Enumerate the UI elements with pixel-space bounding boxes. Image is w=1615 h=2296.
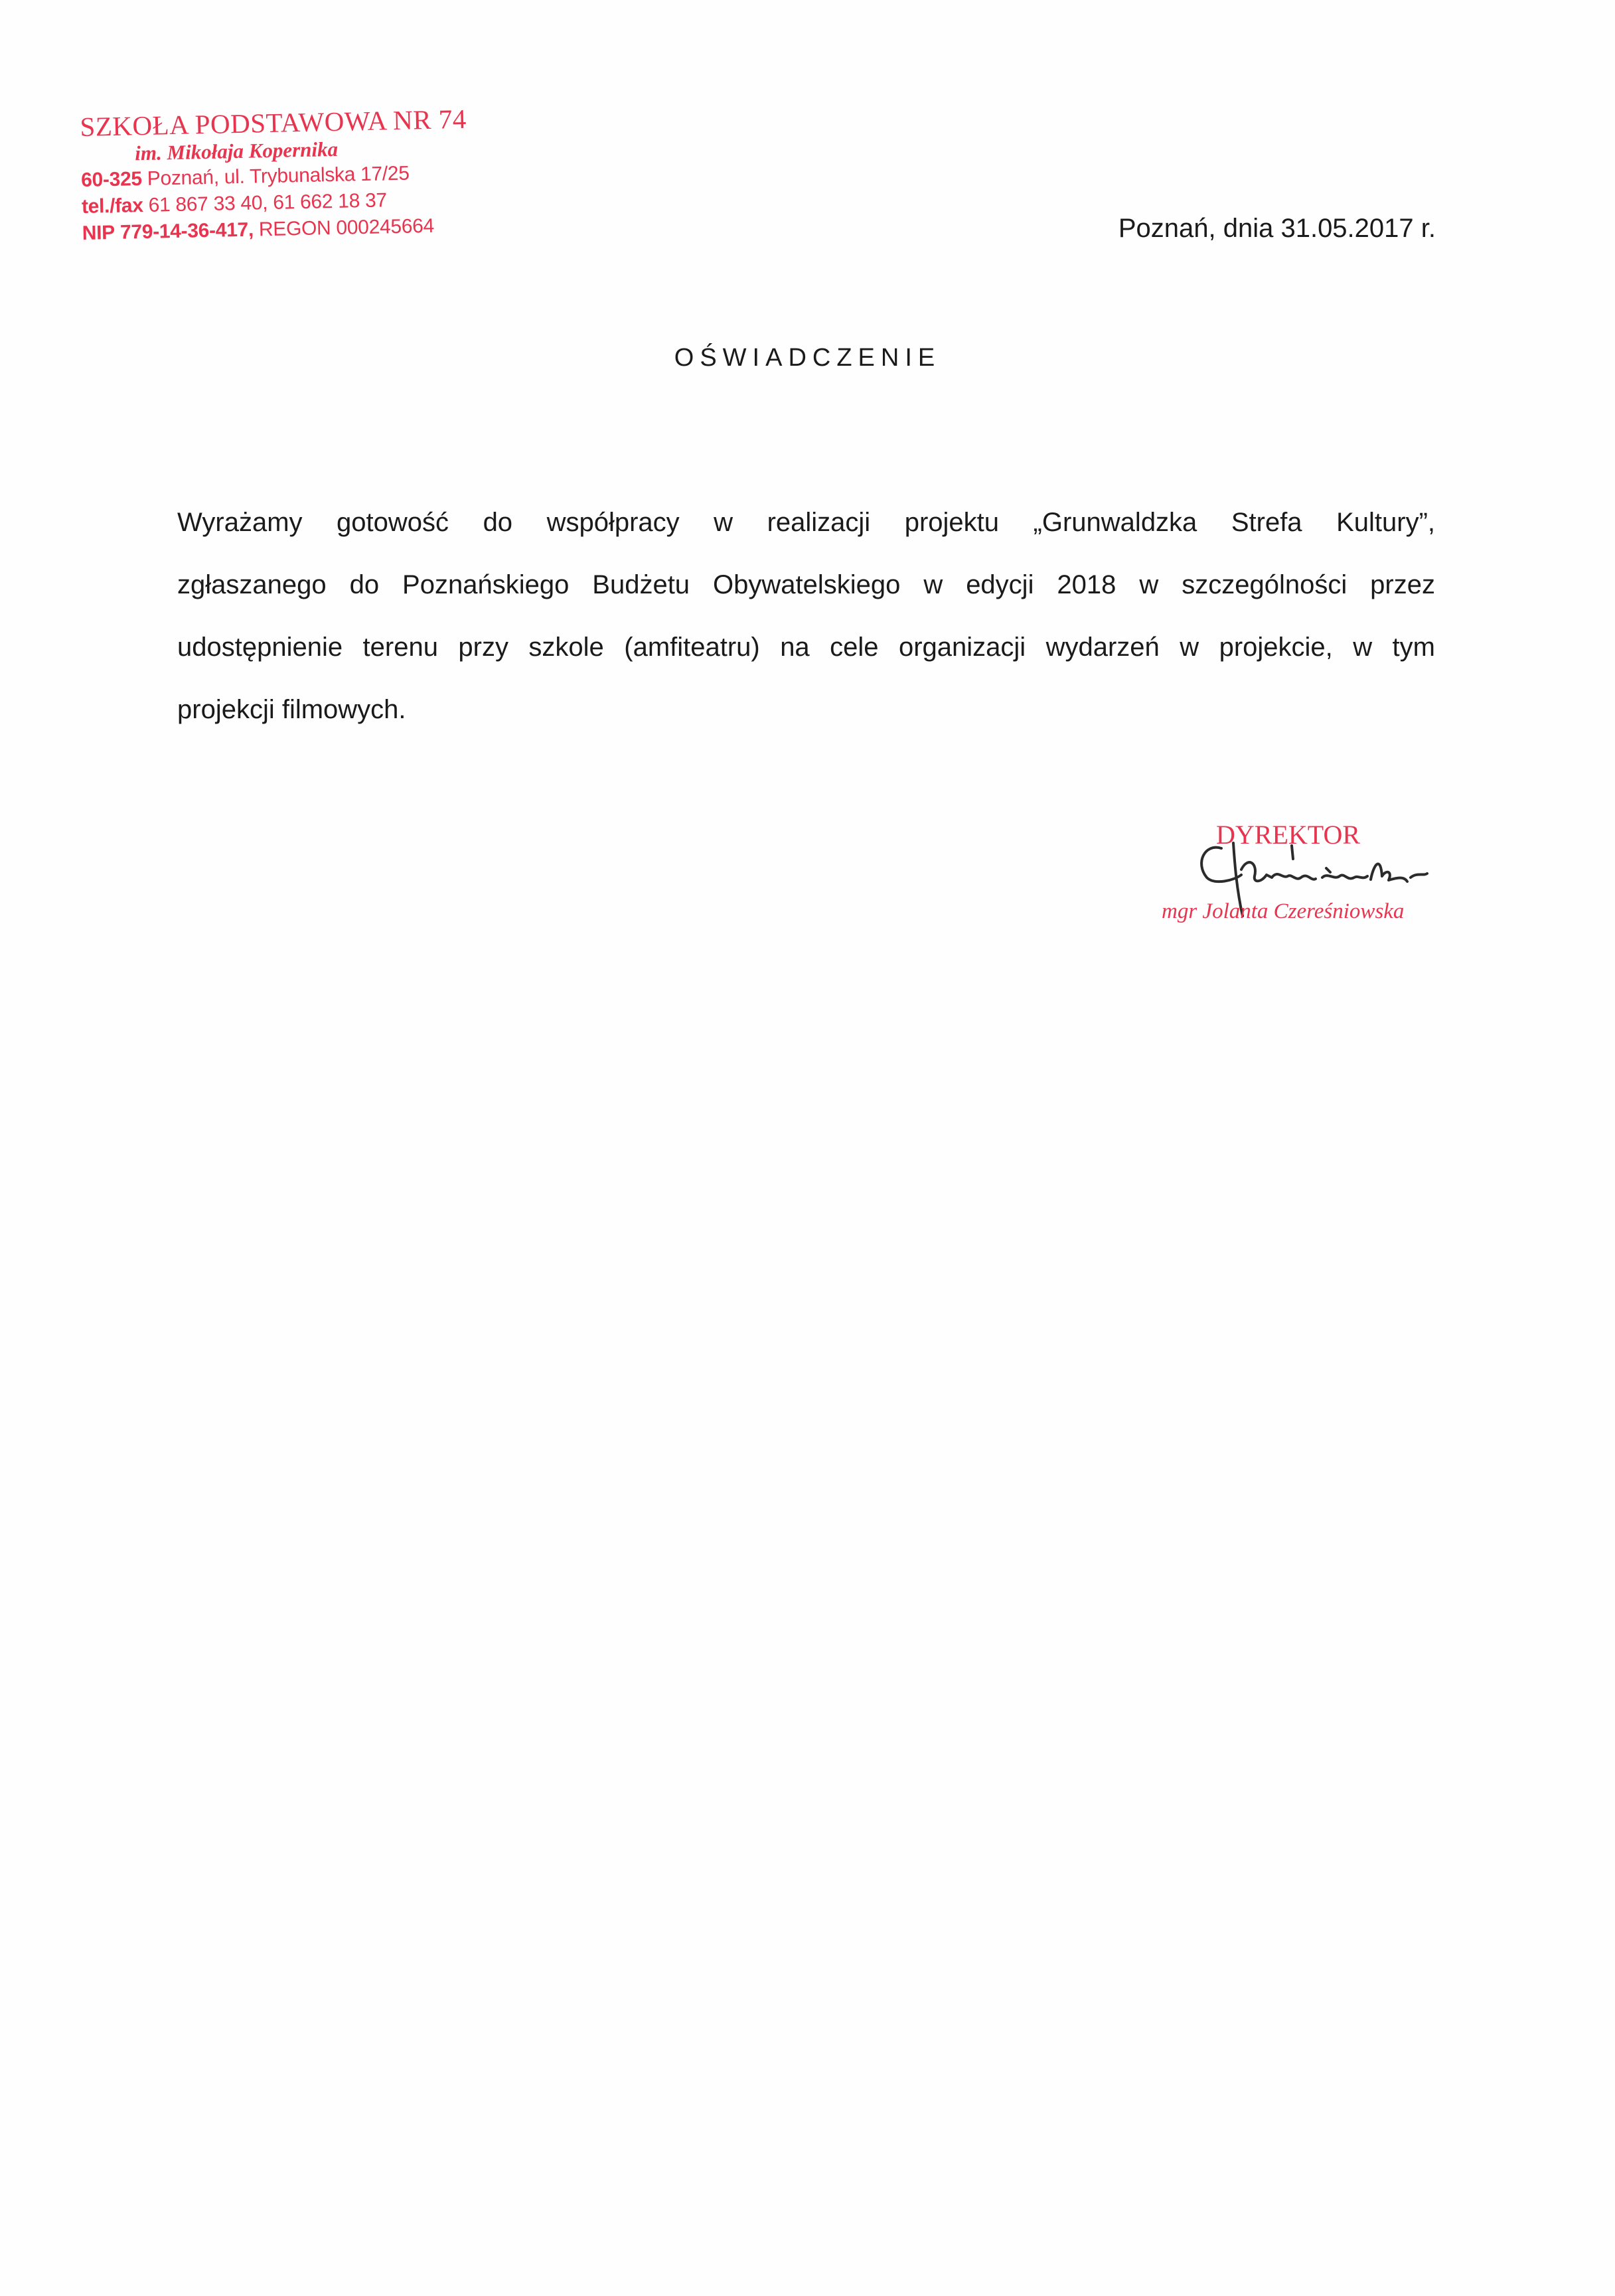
school-stamp: SZKOŁA PODSTAWOWA NR 74 im. Mikołaja Kop… xyxy=(80,104,461,247)
stamp-phones: 61 867 33 40, 61 662 18 37 xyxy=(148,189,387,216)
document-title: OŚWIADCZENIE xyxy=(0,344,1615,372)
stamp-nip-label: NIP xyxy=(82,222,115,244)
stamp-phone-label: tel./fax xyxy=(82,194,143,218)
stamp-regon: REGON 000245664 xyxy=(259,215,435,241)
signature-name: mgr Jolanta Czereśniowska xyxy=(1162,899,1404,924)
stamp-postal-code: 60-325 xyxy=(81,168,142,191)
body-line: projekcji filmowych. xyxy=(177,678,1435,741)
place-date: Poznań, dnia 31.05.2017 r. xyxy=(1118,214,1436,244)
document-page: SZKOŁA PODSTAWOWA NR 74 im. Mikołaja Kop… xyxy=(0,0,1615,2296)
body-line: udostępnienie terenu przy szkole (amfite… xyxy=(177,616,1435,678)
signature-block: DYREKTOR mgr Jolanta Czereśniowska xyxy=(1142,816,1447,943)
body-line: zgłaszanego do Poznańskiego Budżetu Obyw… xyxy=(177,554,1435,616)
body-line: Wyrażamy gotowość do współpracy w realiz… xyxy=(177,491,1435,554)
stamp-nip: 779-14-36-417, xyxy=(120,219,254,244)
document-body: Wyrażamy gotowość do współpracy w realiz… xyxy=(177,491,1435,741)
stamp-address: Poznań, ul. Trybunalska 17/25 xyxy=(147,163,410,190)
